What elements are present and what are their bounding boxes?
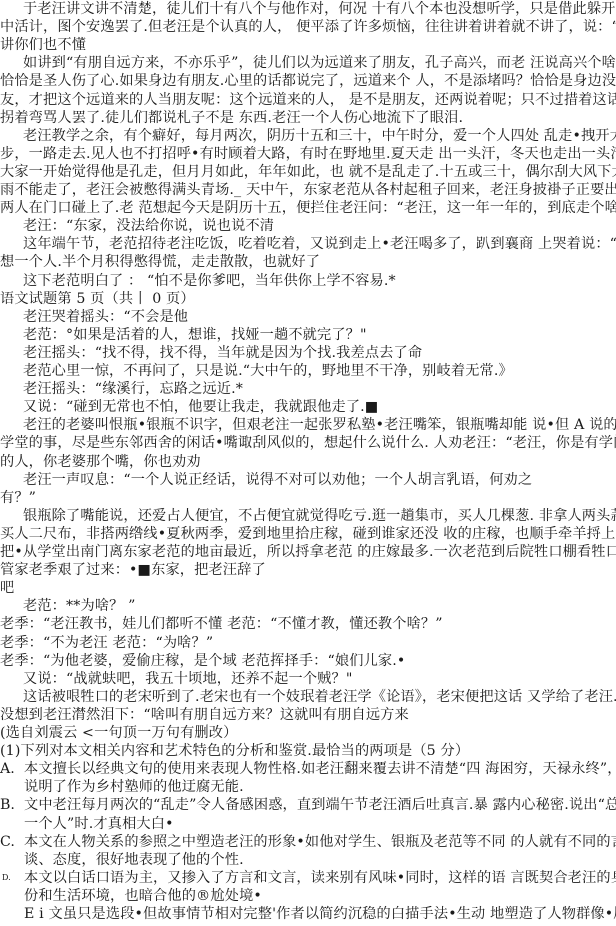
- text-line: 又说：“战就蚨吧，我五十顷地，还养不起一个贼？": [23, 670, 353, 688]
- text-line: 于老汪讲文讲不清楚，徒儿们十有八个与他作对，何况 十有八个本也没想听学，只是借此…: [23, 0, 616, 18]
- text-line: 又说：“碰到无常也不怕，他要让我走，我就跟他走了.■: [23, 398, 378, 416]
- text-line: 管家老季艰了过来：•■东家，把老汪辞了: [0, 561, 266, 579]
- text-line: 老范心里一惊，不再问了，只是说.“大中午的，野地里不干净，别岐着无常.》: [23, 362, 513, 380]
- text-line: 老汪摇头：“找不得，找不得，当年就是因为个找.我差点去了命: [23, 344, 422, 362]
- text-line: 拐着弯骂人罢了.徒儿们都说札子不是 东西.老汪一个人伤心地流下了眼泪.: [0, 109, 463, 127]
- text-line: 老季：“不为老汪 老范：“为啥？”: [0, 634, 213, 652]
- option-text-line: 本文擅长以经典文句的使用来表现人物性格.如老汪翻来覆去讲不清楚“四 海困穷，天禄…: [24, 760, 616, 778]
- text-line: 老季：“为他老婆，爱偷庄稼，是个域 老范挥择手：“娘们儿家.•: [0, 652, 405, 670]
- text-line: 有？”: [0, 489, 36, 507]
- option-label: A.: [0, 760, 15, 778]
- text-line: (选自刘震云 <一句顶一万句有删改）: [0, 724, 237, 742]
- text-line: 吧: [0, 579, 14, 597]
- text-line: 没想到老汪潸然泪下：“啥叫有朋自远方来？这就叫有朋自远方来: [0, 706, 409, 724]
- text-line: 中活计，图个安逸罢了.但老汪是个认真的人， 便平添了许多烦恼，往往讲着讲着就不讲…: [0, 18, 616, 36]
- option-text-line: 文中老汪每月两次的“乱走”令人备感困惑，直到端午节老汪酒后吐真言.暴 露内心秘密…: [24, 796, 616, 814]
- text-line: 老范：**为啥？ ”: [23, 597, 136, 615]
- text-line: 把•从学堂出南门离东家老范的地亩最近，所以捋拿老范 的庄嫁最多.一次老范到后院牲…: [0, 543, 616, 561]
- text-line: 这年端午节，老范招待老注吃饭，吃着吃着，又说到走上•老汪喝多了，趴到襄商 上哭着…: [23, 235, 616, 253]
- option-text-line: E i 文虽只是选段•但故事情节相对完整'作者以简约沉稳的白描手法•生动 地塑造…: [24, 905, 616, 923]
- option-text-line: 本文在人物关系的参照之中塑造老汪的形象•如他对学生、银瓶及老范等不同 的人就有不…: [24, 833, 616, 851]
- option-text-line: 说明了作为乡村塾师的他迂腐无能.: [24, 778, 244, 796]
- text-line: 老范：°如果是活着的人，想谁，找娅一趟不就完了？": [23, 326, 367, 344]
- text-line: 老季：“老汪教书，娃儿们都听不懂 老范：“不懂才教，懂还教个啥？”: [0, 615, 443, 633]
- option-text-line: 谈、态度，很好地表现了他的个性.: [24, 851, 244, 869]
- option-text-line: 份和生活环境，也暗合他的®尬处境•: [24, 887, 262, 905]
- option-text-line: 一个人”时.才真相大白•: [24, 815, 174, 833]
- text-line: 的人，你老婆那个嘴，你也劝劝: [0, 453, 201, 471]
- text-line: 老汪的老婆叫恨瓶•银瓶不识字，但艰老注一起张罗私塾•老汪嘴笨，银瓶嘴却能 说•但…: [23, 416, 616, 434]
- text-line: 恰恰是圣人伤了心.如果身边有朋友.心里的话都说完了，远道来个 人，不是添堵吗？恰…: [0, 72, 616, 90]
- text-line: 如讲到“有朋自远方来，不亦乐乎”，徒儿们以为远道来了朋友，孔子高兴，而老 汪说高…: [23, 54, 616, 72]
- text-line: 老汪：“东家，没法给你说，说也说不清: [23, 217, 274, 235]
- text-line: 语文试题第 5 页（共丨 0 页）: [0, 290, 195, 308]
- text-line: 学堂的事，尽是些东邻西舍的闲话•嘴诹刮风似的，想起什么说什么. 人劝老汪：“老汪…: [0, 434, 616, 452]
- text-line: 老汪哭着摇头：“不会是他: [23, 308, 188, 326]
- exam-page: 于老汪讲文讲不清楚，徒儿们十有八个与他作对，何况 十有八个本也没想听学，只是借此…: [0, 0, 616, 926]
- option-label: D.: [2, 869, 11, 887]
- text-line: 这下老范明白了 ： “怕不是你爹吧，当年供你上学不容易.*: [23, 272, 396, 290]
- text-line: 银瓶除了嘴能说，还爱占人便宜，不占便宜就觉得吃亏.逛一趟集市，买人几棵葱. 非拿…: [23, 507, 616, 525]
- option-label: C.: [0, 833, 15, 851]
- text-line: 雨不能走了，老汪会被憋得满头青场._ 天中午，东家老范从各村起租子回来，老汪身披…: [0, 181, 616, 199]
- text-line: 老汪一声叹息：“一个人说正经话，说得不对可以劝他；一个人胡言乳语，何劝之: [23, 471, 532, 489]
- text-line: 两人在门口碰上了.老 范想起今天是阴历十五，便拦住老汪问：“老汪，这一年一年的，…: [0, 199, 616, 217]
- option-text-line: 本文以白话口语为主，又掺入了方言和文言，读来别有风味•同时，这样的语 言既契合老…: [24, 869, 616, 887]
- text-line: 大家一开始觉得他是孔走，但月月如此，年年如此，也 就不是乱走了.十五或三十，偶尔…: [0, 163, 616, 181]
- text-line: 买人二尺布，非搭两绺线•夏秋两季，爱到地里拾庄稼，碰到谁家还没 收的庄稼，也顺手…: [0, 525, 616, 543]
- text-line: (1)下列对本文相关内容和艺术特色的分析和鉴赏.最恰当的两项是（5 分）: [0, 742, 469, 760]
- text-line: 老汪摇头：“缘溪行，忘路之远近.*: [23, 380, 243, 398]
- text-line: 想一个人.半个月积得憋得慌，走走散散，也就好了: [0, 253, 320, 271]
- text-line: 老汪教学之余，有个癖好，每月两次，阴历十五和三十，中午时分，爱一个人四处 乱走•…: [23, 127, 616, 145]
- text-line: 友，才把这个远道来的人当朋友呢：这个远道来的人， 是不是朋友，还两说着呢；只不过…: [0, 91, 616, 109]
- text-line: 这话被哏牲口的老宋听到了.老宋也有一个妓珉着老汪学《论语》，老宋便把这话 又学给…: [23, 688, 616, 706]
- text-line: 讲你们也不懂: [0, 36, 86, 54]
- option-label: B.: [0, 796, 15, 814]
- text-line: 步，一路走去.见人也不打招呼•有时顾着大路，有时在野地里.夏天走 出一头汗，冬天…: [0, 145, 616, 163]
